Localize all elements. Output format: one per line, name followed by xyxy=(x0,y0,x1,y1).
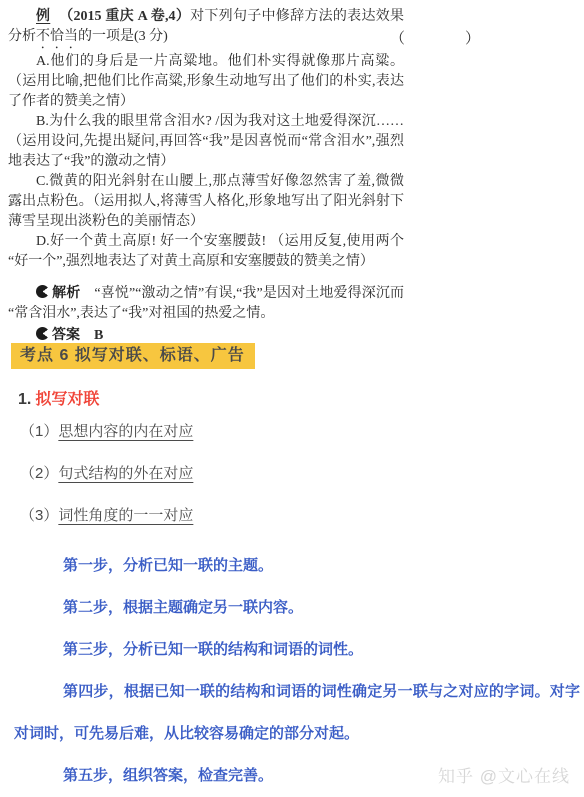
principle-item: （2）句式结构的外在对应 xyxy=(14,453,580,495)
principles-list: （1）思想内容的内在对应 （2）句式结构的外在对应 （3）词性角度的一一对应 xyxy=(14,411,580,537)
principle-number: （2） xyxy=(20,465,58,482)
crescent-bullet-icon xyxy=(36,285,49,298)
option-d: D.好一个黄土高原! 好一个安塞腰鼓! （运用反复,使用两个“好一个”,强烈地表… xyxy=(8,232,404,272)
exam-excerpt: 例（2015 重庆 A 卷,4）对下列句子中修辞方法的表达效果分析不恰当的一项是… xyxy=(8,7,404,346)
principle-text: 词性角度的一一对应 xyxy=(58,507,193,524)
answer-blank-brackets: （ ） xyxy=(390,27,515,48)
option-a: A.他们的身后是一片高粱地。他们朴实得就像那片高粱。（运用比喻,把他们比作高粱,… xyxy=(8,52,404,112)
principle-number: （3） xyxy=(20,507,58,524)
stem-text-tail: 的一项是(3 分) xyxy=(78,29,168,44)
section-heading-highlight: 考点 6 拟写对联、标语、广告 xyxy=(11,343,255,369)
option-b: B.为什么我的眼里常含泪水? /因为我对这土地爱得深沉……（运用设问,先提出疑问… xyxy=(8,112,404,172)
steps-list: 第一步，分析已知一联的主题。 第二步，根据主题确定另一联内容。 第三步，分析已知… xyxy=(14,545,580,797)
step-item: 第二步，根据主题确定另一联内容。 xyxy=(14,587,580,629)
step-item: 第一步，分析已知一联的主题。 xyxy=(14,545,580,587)
subsection-title-text: 拟写对联 xyxy=(35,391,99,408)
option-c: C.微黄的阳光斜射在山腰上,那点薄雪好像忽然害了羞,微微露出点粉色。（运用拟人,… xyxy=(8,172,404,232)
stem-emphasized-text: 不恰当 xyxy=(36,29,78,44)
principle-item: （1）思想内容的内在对应 xyxy=(14,411,580,453)
subsection-number: 1. xyxy=(18,391,31,408)
example-stem: 例（2015 重庆 A 卷,4）对下列句子中修辞方法的表达效果分析不恰当的一项是… xyxy=(8,7,404,52)
example-label: 例 xyxy=(36,9,50,24)
document-page: 例（2015 重庆 A 卷,4）对下列句子中修辞方法的表达效果分析不恰当的一项是… xyxy=(0,0,584,797)
principle-item: （3）词性角度的一一对应 xyxy=(14,495,580,537)
notes-section: 考点 6 拟写对联、标语、广告 1.拟写对联 （1）思想内容的内在对应 （2）句… xyxy=(0,337,584,797)
principle-text: 思想内容的内在对应 xyxy=(58,423,193,440)
analysis-label: 解析 xyxy=(52,284,80,300)
example-source: （2015 重庆 A 卷,4） xyxy=(59,9,190,24)
analysis-row: 解析“喜悦”“激动之情”有误,“我”是因对土地爱得深沉而“常含泪水”,表达了“我… xyxy=(8,282,404,324)
step-item: 第三步，分析已知一联的结构和词语的词性。 xyxy=(14,629,580,671)
zhihu-watermark: 知乎 @文心在线 xyxy=(438,762,570,787)
subsection-title: 1.拟写对联 xyxy=(18,386,580,409)
principle-number: （1） xyxy=(20,423,58,440)
step-item: 第四步，根据已知一联的结构和词语的词性确定另一联与之对应的字词。对字对词时，可先… xyxy=(14,671,580,755)
principle-text: 句式结构的外在对应 xyxy=(58,465,193,482)
section-heading-text: 考点 6 拟写对联、标语、广告 xyxy=(20,347,245,364)
